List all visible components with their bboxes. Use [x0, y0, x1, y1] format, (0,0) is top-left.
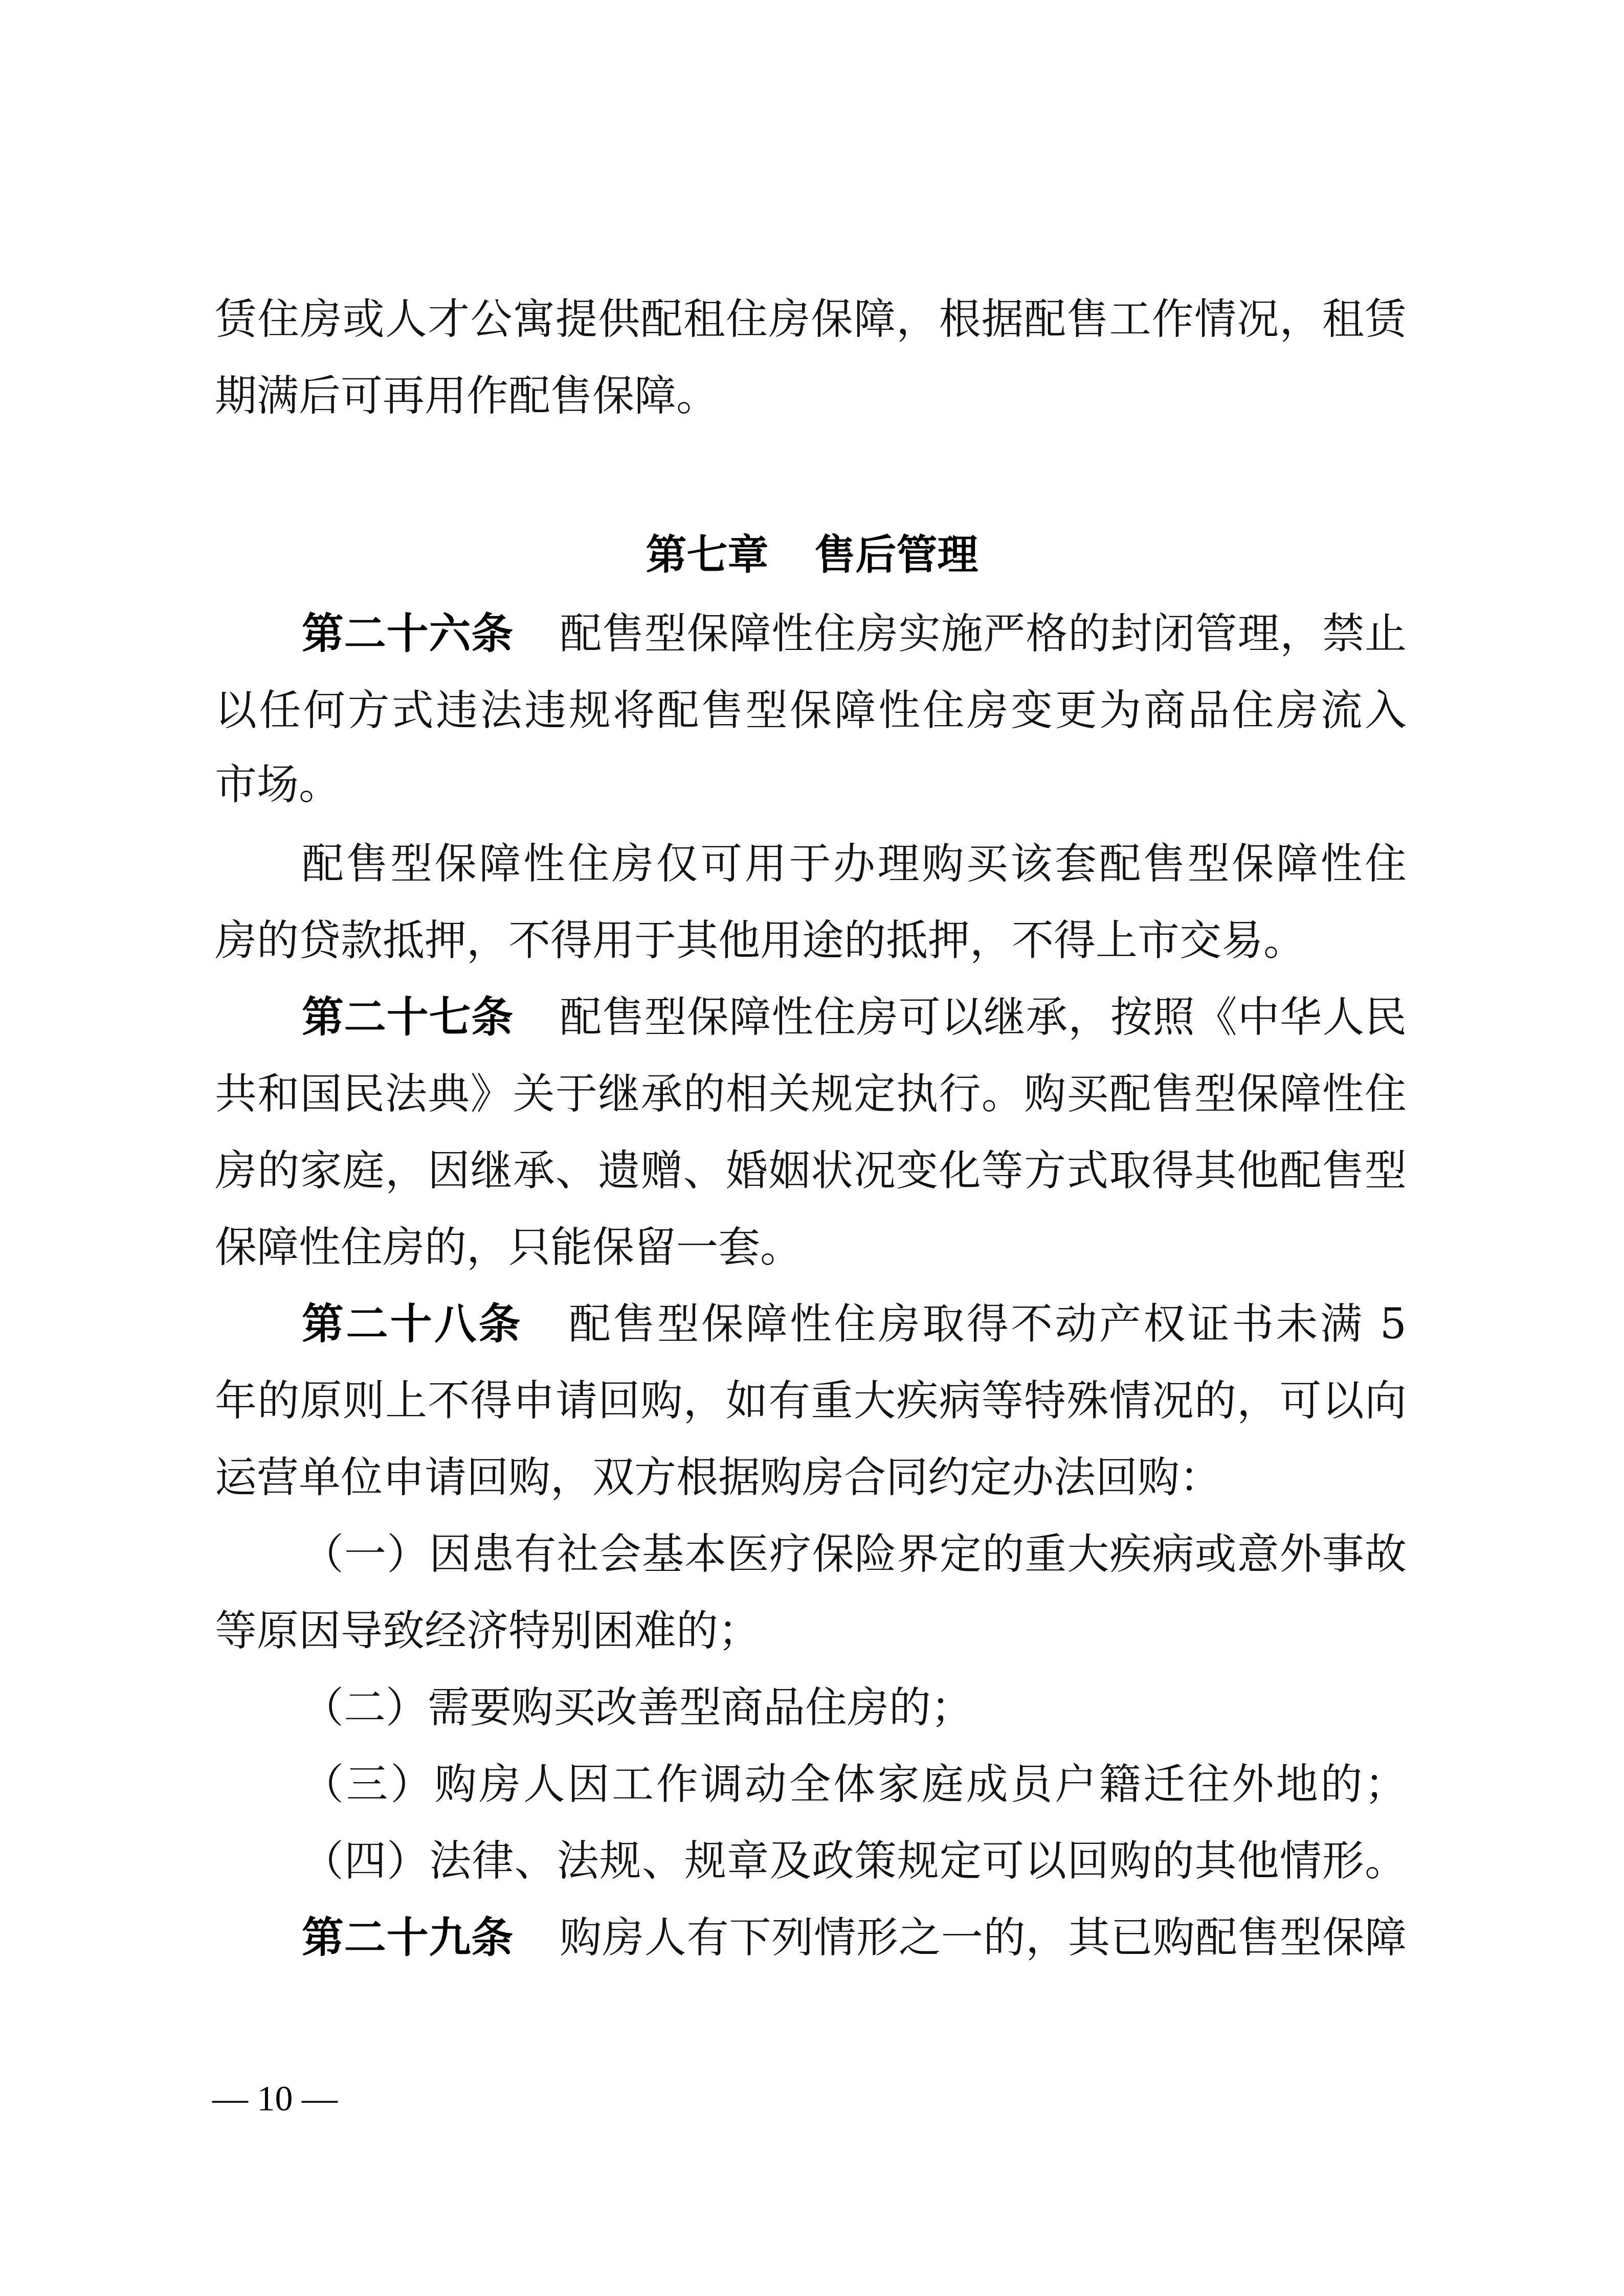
article-line: 第二十八条配售型保障性住房取得不动产权证书未满 5: [302, 1286, 1407, 1363]
list-item-line: （一）因患有社会基本医疗保险界定的重大疾病或意外事故: [302, 1516, 1407, 1593]
article-line: 共和国民法典》关于继承的相关规定执行。购买配售型保障性住: [215, 1056, 1407, 1133]
chapter-heading: 第七章售后管理: [0, 516, 1624, 593]
paragraph-line: 赁住房或人才公寓提供配租住房保障，根据配售工作情况，租赁: [215, 281, 1407, 358]
article-text: 配售型保障性住房可以继承，按照《中华人民: [560, 993, 1407, 1042]
article-label: 第二十六条: [302, 610, 514, 658]
article-label: 第二十八条: [302, 1300, 523, 1348]
article-text: 配售型保障性住房实施严格的封闭管理，禁止: [560, 610, 1407, 658]
list-item-line: （三）购房人因工作调动全体家庭成员户籍迁往外地的；: [302, 1746, 1407, 1823]
chapter-title: 售后管理: [815, 531, 978, 578]
article-line: 年的原则上不得申请回购，如有重大疾病等特殊情况的，可以向: [215, 1363, 1407, 1439]
article-line: 第二十七条配售型保障性住房可以继承，按照《中华人民: [302, 979, 1407, 1056]
paragraph-line: 期满后可再用作配售保障。: [215, 358, 1407, 435]
list-item-line: （二）需要购买改善型商品住房的；: [302, 1670, 1407, 1746]
article-line: 房的家庭，因继承、遗赠、婚姻状况变化等方式取得其他配售型: [215, 1133, 1407, 1209]
list-item-line: （四）法律、法规、规章及政策规定可以回购的其他情形。: [302, 1823, 1407, 1900]
paragraph-line: 配售型保障性住房仅可用于办理购买该套配售型保障性住: [302, 826, 1407, 903]
article-line: 运营单位申请回购，双方根据购房合同约定办法回购：: [215, 1439, 1407, 1516]
article-line: 第二十九条购房人有下列情形之一的，其已购配售型保障: [302, 1900, 1407, 1976]
page-number: — 10 —: [212, 2076, 338, 2122]
article-line: 以任何方式违法违规将配售型保障性住房变更为商品住房流入: [215, 672, 1407, 749]
list-item-line: 等原因导致经济特别困难的；: [215, 1593, 1407, 1670]
document-page: 赁住房或人才公寓提供配租住房保障，根据配售工作情况，租赁 期满后可再用作配售保障…: [0, 0, 1624, 2296]
chapter-number: 第七章: [646, 531, 769, 578]
article-line: 第二十六条配售型保障性住房实施严格的封闭管理，禁止: [302, 596, 1407, 672]
article-label: 第二十九条: [302, 1914, 514, 1962]
paragraph-line: 房的贷款抵押，不得用于其他用途的抵押，不得上市交易。: [215, 903, 1407, 979]
article-label: 第二十七条: [302, 993, 514, 1042]
article-line: 市场。: [215, 747, 1407, 823]
article-line: 保障性住房的，只能保留一套。: [215, 1209, 1407, 1286]
article-text: 配售型保障性住房取得不动产权证书未满 5: [569, 1300, 1407, 1348]
article-text: 购房人有下列情形之一的，其已购配售型保障: [560, 1914, 1407, 1962]
